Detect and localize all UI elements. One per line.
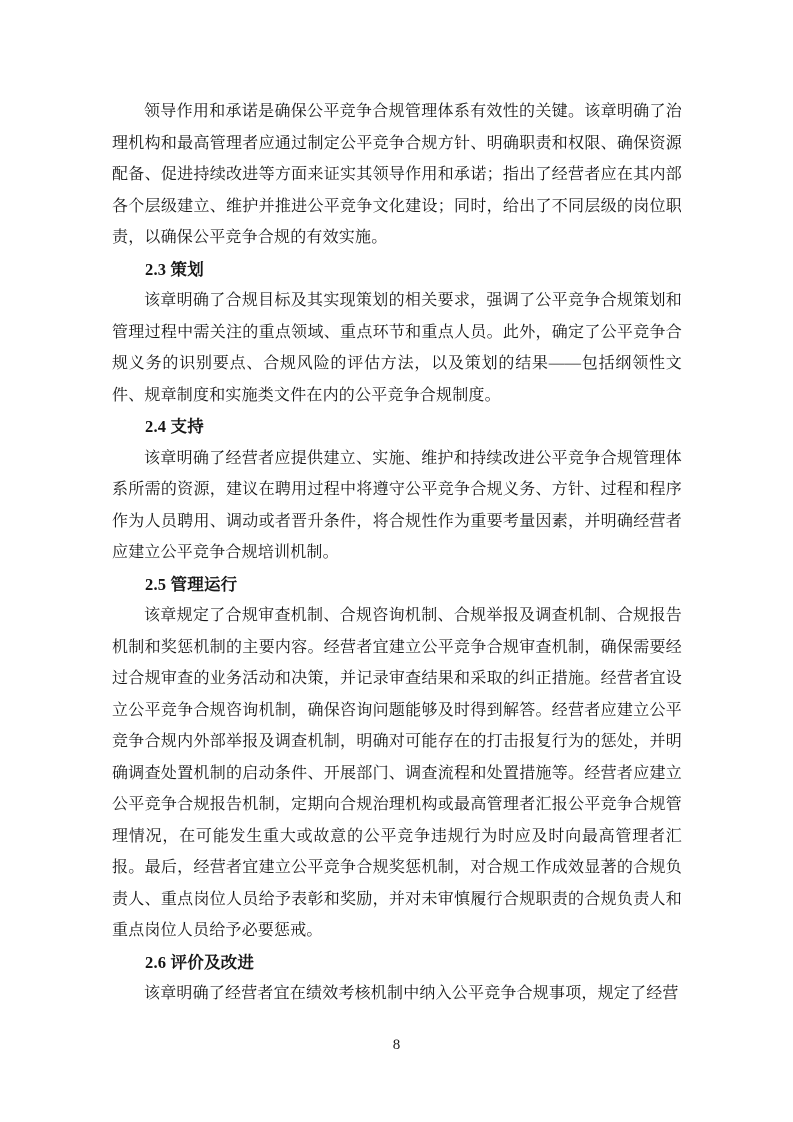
paragraph-operation: 该章规定了合规审查机制、合规咨询机制、合规举报及调查机制、合规报告机制和奖惩机制… <box>112 600 682 947</box>
document-body: 领导作用和承诺是确保公平竞争合规管理体系有效性的关键。该章明确了治理机构和最高管… <box>112 96 682 1010</box>
paragraph-planning: 该章明确了合规目标及其实现策划的相关要求，强调了公平竞争合规策划和管理过程中需关… <box>112 285 682 411</box>
section-heading-2-6-evaluation-improvement: 2.6 评价及改进 <box>112 947 682 979</box>
paragraph-leadership-commitment: 领导作用和承诺是确保公平竞争合规管理体系有效性的关键。该章明确了治理机构和最高管… <box>112 96 682 254</box>
page-footer: 8 <box>0 1036 793 1054</box>
section-heading-2-5-operation: 2.5 管理运行 <box>112 569 682 601</box>
page-number: 8 <box>393 1037 401 1053</box>
document-page: 领导作用和承诺是确保公平竞争合规管理体系有效性的关键。该章明确了治理机构和最高管… <box>0 0 793 1122</box>
paragraph-evaluation-improvement: 该章明确了经营者宜在绩效考核机制中纳入公平竞争合规事项，规定了经营 <box>112 978 682 1010</box>
section-heading-2-4-support: 2.4 支持 <box>112 411 682 443</box>
section-heading-2-3-planning: 2.3 策划 <box>112 254 682 286</box>
paragraph-support: 该章明确了经营者应提供建立、实施、维护和持续改进公平竞争合规管理体系所需的资源，… <box>112 443 682 569</box>
